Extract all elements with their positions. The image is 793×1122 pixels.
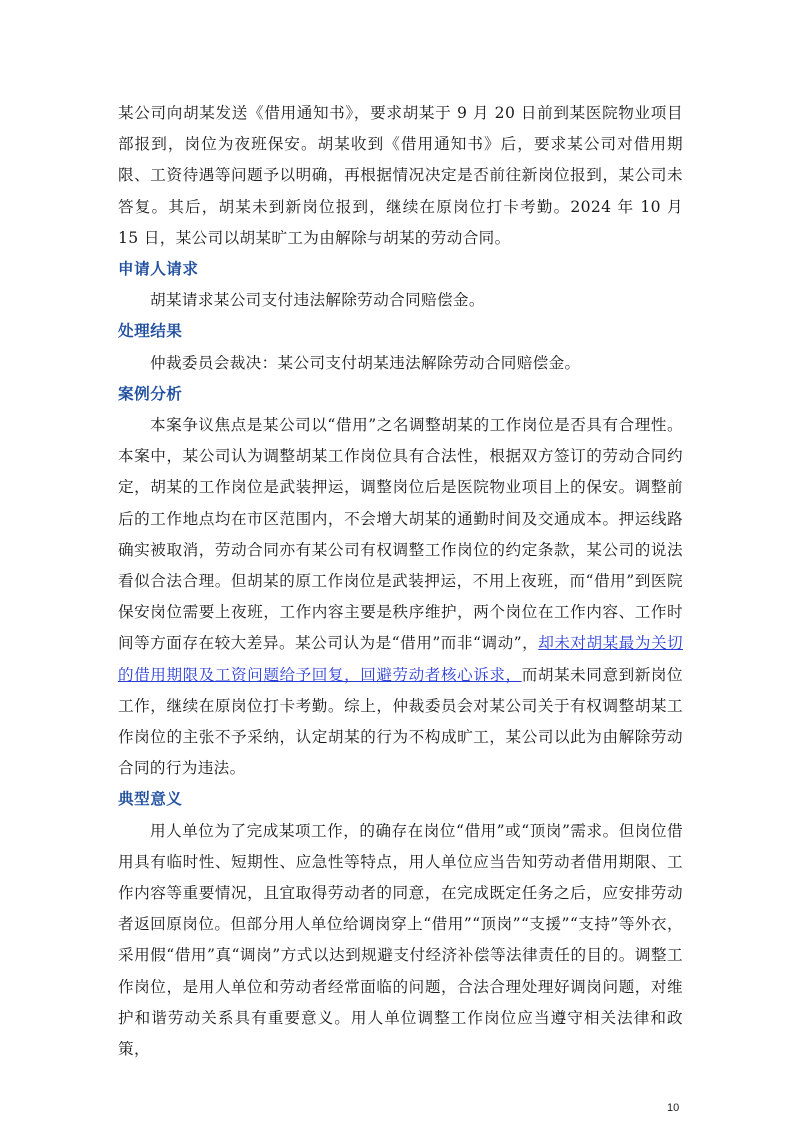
section-body-result: 仲裁委员会裁决：某公司支付胡某违法解除劳动合同赔偿金。 (118, 348, 683, 379)
section-heading-request: 申请人请求 (118, 254, 683, 285)
section-heading-analysis: 案例分析 (118, 379, 683, 410)
page-number: 10 (667, 1102, 679, 1114)
analysis-text-before: 本案争议焦点是某公司以“借用”之名调整胡某的工作岗位是否具有合理性。本案中，某公… (118, 416, 683, 652)
intro-paragraph: 某公司向胡某发送《借用通知书》，要求胡某于 9 月 20 日前到某医院物业项目部… (118, 98, 683, 254)
section-body-analysis: 本案争议焦点是某公司以“借用”之名调整胡某的工作岗位是否具有合理性。本案中，某公… (118, 410, 683, 784)
section-heading-result: 处理结果 (118, 316, 683, 347)
document-page: 某公司向胡某发送《借用通知书》，要求胡某于 9 月 20 日前到某医院物业项目部… (118, 98, 683, 1065)
section-body-significance: 用人单位为了完成某项工作，的确存在岗位“借用”或“顶岗”需求。但岗位借用具有临时… (118, 816, 683, 1066)
section-body-request: 胡某请求某公司支付违法解除劳动合同赔偿金。 (118, 285, 683, 316)
section-heading-significance: 典型意义 (118, 784, 683, 815)
